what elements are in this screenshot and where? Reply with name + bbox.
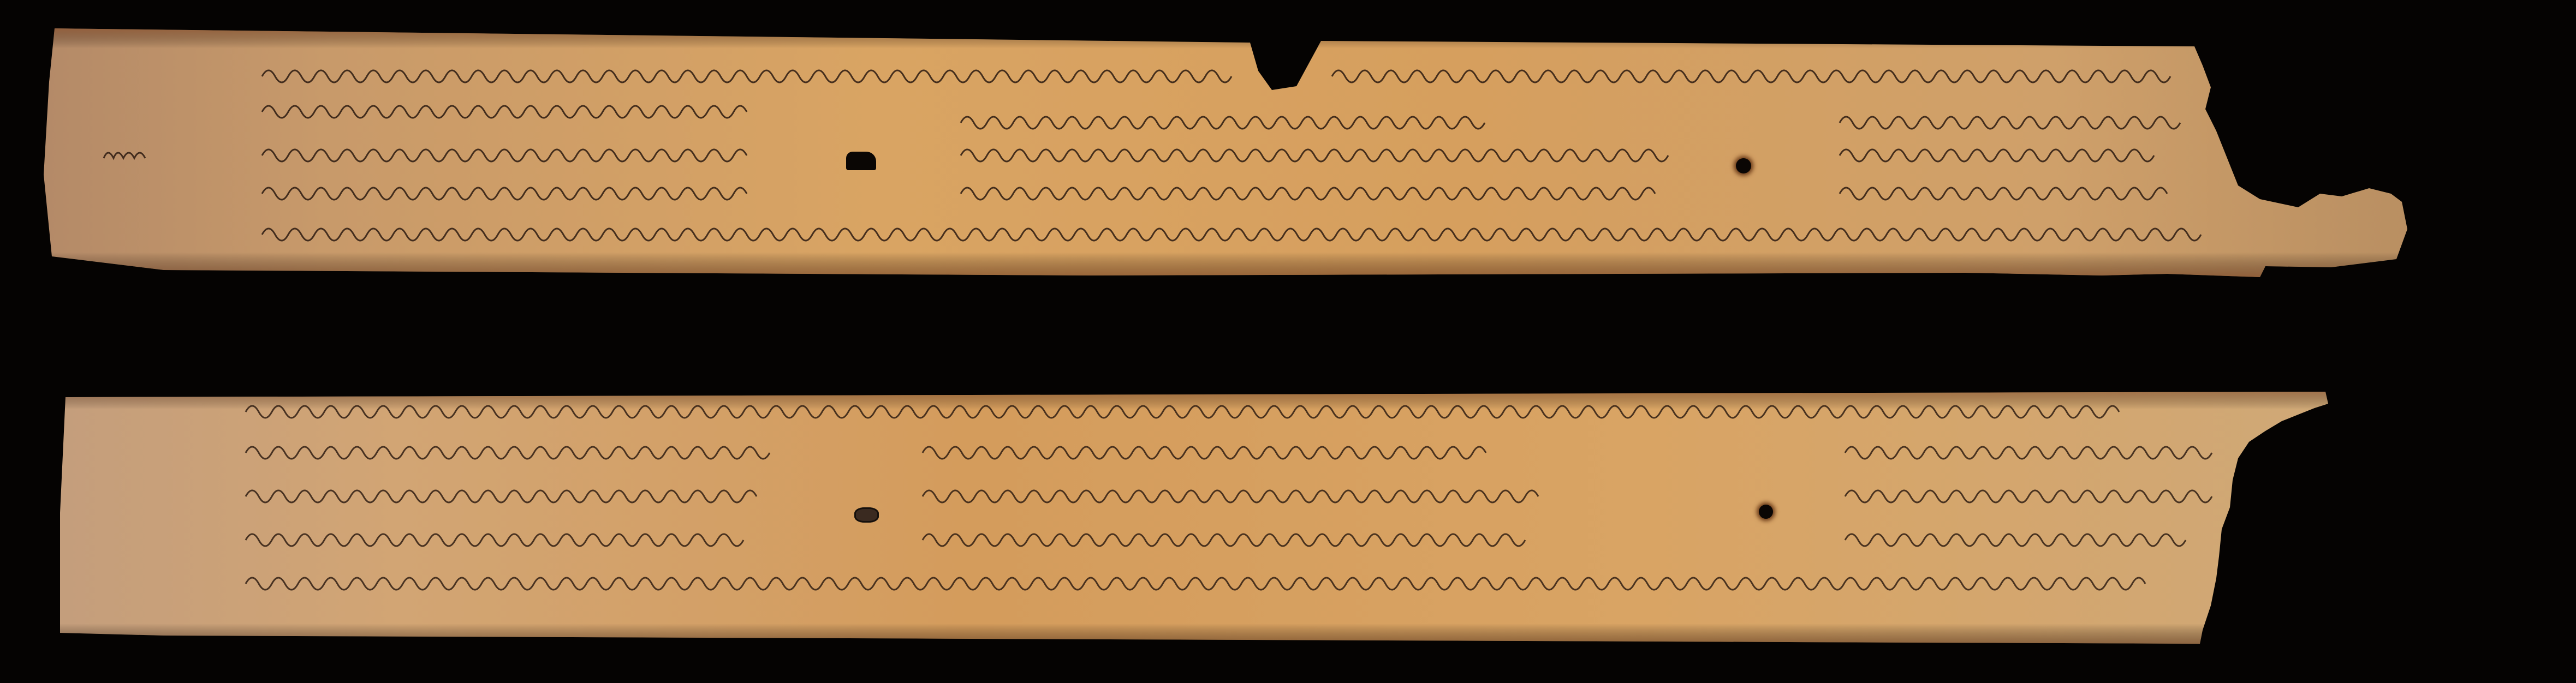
palm-leaf-top <box>0 0 2576 305</box>
palm-leaf-bottom <box>0 349 2576 683</box>
manuscript-script-bottom <box>0 349 2576 683</box>
manuscript-script-top <box>0 0 2576 305</box>
